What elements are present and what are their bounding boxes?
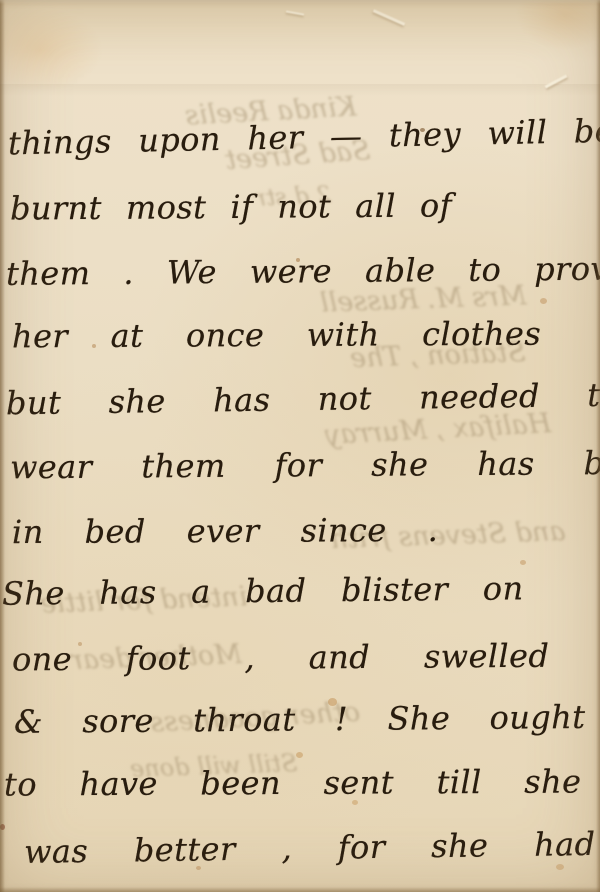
handwriting-line-4: her at once with clothes: [12, 315, 541, 356]
foxing-spot: [540, 298, 547, 304]
handwriting-line-7: in bed ever since .: [12, 511, 438, 551]
handwriting-line-8: She has a bad blister on: [2, 569, 524, 612]
paper-edge-top: [0, 0, 600, 4]
handwriting-line-3: them . We were able to provide: [6, 249, 600, 293]
handwriting-line-2: burnt most if not all of: [10, 186, 452, 227]
crease-mark: [373, 9, 405, 26]
foxing-spot: [520, 560, 526, 565]
handwriting-line-1: things upon her — they will be: [8, 112, 600, 163]
paper-edge-bottom: [0, 887, 600, 892]
paper-edge-right: [596, 0, 600, 892]
handwriting-line-10: & sore throat ! She ought not: [14, 697, 600, 741]
handwriting-line-12: was better , for she had been: [24, 823, 600, 871]
handwriting-line-6: wear them for she has been: [10, 444, 600, 487]
crease-mark: [286, 10, 304, 15]
letter-page: Kinda Reelis Sad Street 2 d str Mrs M. R…: [0, 0, 600, 892]
handwriting-line-11: to have been sent till she: [4, 762, 582, 803]
handwriting-line-9: one foot , and swelled glands: [12, 636, 600, 679]
paper-shadow-band: [0, 84, 600, 96]
paper-edge-left: [0, 0, 5, 892]
foxing-spot: [556, 864, 564, 870]
